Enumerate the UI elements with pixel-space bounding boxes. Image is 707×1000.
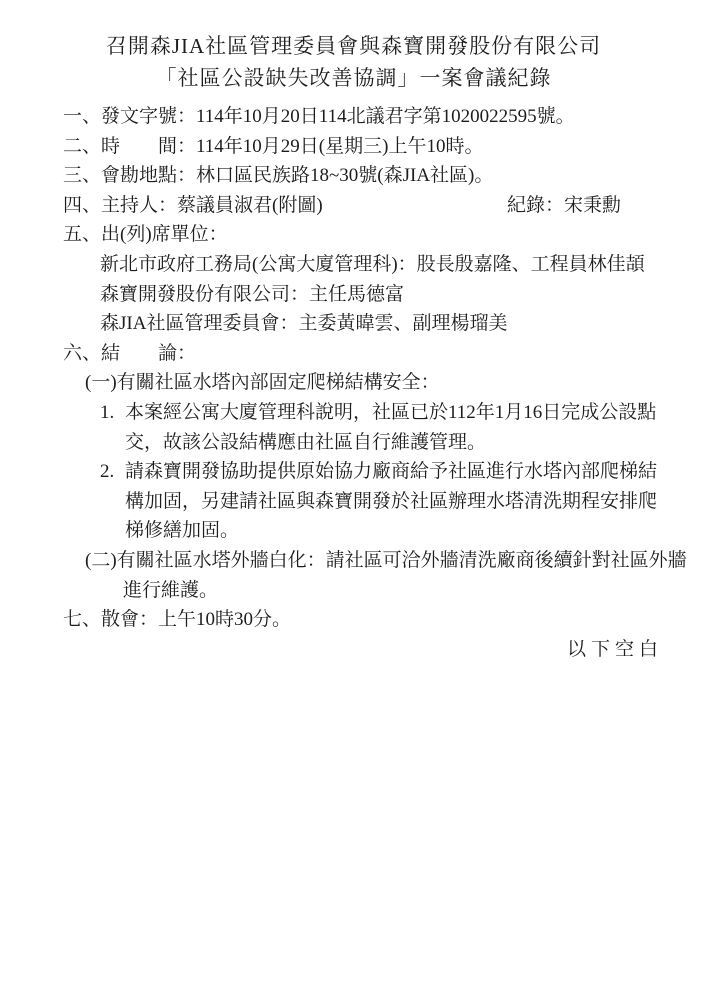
- doc-number-line: 一、發文字號：114年10月20日114北議君字第1020022595號。: [63, 102, 663, 132]
- attendee-line-committee: 森JIA社區管理委員會：主委黃暐雲、副理楊瑠美: [100, 309, 663, 339]
- attendee-line-developer: 森寶開發股份有限公司：主任馬德富: [100, 280, 663, 310]
- footer-blank-note: 以下空白: [63, 635, 663, 665]
- point2-text-line1: 請森寶開發協助提供原始協力廠商給予社區進行水塔內部爬梯結: [125, 457, 657, 487]
- conclusion-sub1-point2-line2: 構加固，另建請社區與森寶開發於社區辦理水塔清洗期程安排爬: [125, 487, 663, 517]
- host-line: 四、主持人：蔡議員淑君(附圖) 紀錄：宋秉勳: [63, 191, 663, 221]
- conclusion-sub1-point1-line2: 交，故該公設結構應由社區自行維護管理。: [125, 428, 663, 458]
- title-line-2: 「社區公設缺失改善協調」一案會議紀錄: [0, 62, 707, 94]
- meeting-location-line: 三、會勘地點：林口區民族路18~30號(森JIA社區)。: [63, 161, 663, 191]
- conclusion-header-line: 六、結 論：: [63, 339, 663, 369]
- point1-marker: 1.: [100, 398, 125, 428]
- conclusion-sub1-point2-line3: 梯修繕加固。: [125, 516, 663, 546]
- conclusion-sub1-point1-line1: 1. 本案經公寓大廈管理科說明，社區已於112年1月16日完成公設點: [100, 398, 663, 428]
- document-title: 召開森JIA社區管理委員會與森寶開發股份有限公司 「社區公設缺失改善協調」一案會…: [0, 0, 707, 94]
- meeting-minutes-document: 召開森JIA社區管理委員會與森寶開發股份有限公司 「社區公設缺失改善協調」一案會…: [0, 0, 707, 1000]
- title-line-1: 召開森JIA社區管理委員會與森寶開發股份有限公司: [0, 30, 707, 62]
- conclusion-sub1-point2-line1: 2. 請森寶開發協助提供原始協力廠商給予社區進行水塔內部爬梯結: [100, 457, 663, 487]
- point1-text-line1: 本案經公寓大廈管理科說明，社區已於112年1月16日完成公設點: [125, 398, 656, 428]
- conclusion-sub2-line2: 進行維護。: [123, 576, 663, 606]
- meeting-time-line: 二、時 間：114年10月29日(星期三)上午10時。: [63, 132, 663, 162]
- attendee-line-gov: 新北市政府工務局(公寓大廈管理科)：股長殷嘉隆、工程員林佳頡: [100, 250, 663, 280]
- conclusion-sub1-header-line: (一)有關社區水塔內部固定爬梯結構安全：: [85, 368, 663, 398]
- conclusion-sub2-line1: (二)有關社區水塔外牆白化：請社區可洽外牆清洗廠商後續針對社區外牆: [85, 546, 663, 576]
- recorder-text: 紀錄：宋秉勳: [507, 191, 621, 221]
- adjourn-line: 七、散會：上午10時30分。: [63, 605, 663, 635]
- point2-marker: 2.: [100, 457, 125, 487]
- host-text: 四、主持人：蔡議員淑君(附圖): [63, 195, 323, 216]
- document-body: 一、發文字號：114年10月20日114北議君字第1020022595號。 二、…: [0, 94, 707, 664]
- attendees-header-line: 五、出(列)席單位：: [63, 220, 663, 250]
